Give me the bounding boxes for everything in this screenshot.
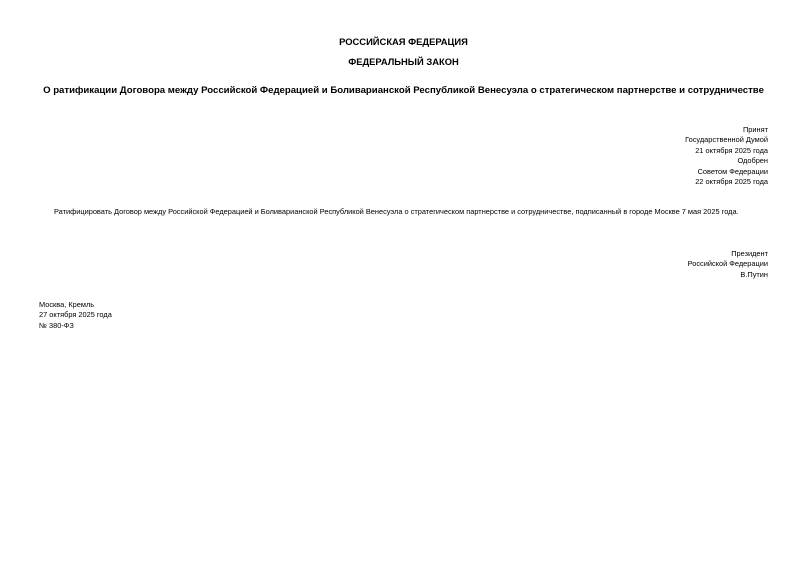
- adoption-line-council: Советом Федерации: [685, 167, 768, 177]
- adoption-line-approved: Одобрен: [685, 156, 768, 166]
- adoption-line-duma-date: 21 октября 2025 года: [685, 146, 768, 156]
- law-number: № 380-ФЗ: [39, 321, 112, 331]
- country-heading: РОССИЙСКАЯ ФЕДЕРАЦИЯ: [0, 36, 807, 47]
- signing-details: Москва, Кремль 27 октября 2025 года № 38…: [39, 300, 112, 331]
- signature-country: Российской Федерации: [688, 259, 768, 269]
- document-type-heading: ФЕДЕРАЛЬНЫЙ ЗАКОН: [0, 56, 807, 67]
- document-title: О ратификации Договора между Российской …: [0, 85, 807, 96]
- signature-name: В.Путин: [688, 270, 768, 280]
- adoption-line-adopted: Принят: [685, 125, 768, 135]
- signing-place: Москва, Кремль: [39, 300, 112, 310]
- adoption-block: Принят Государственной Думой 21 октября …: [685, 125, 768, 187]
- signature-title: Президент: [688, 249, 768, 259]
- adoption-line-duma: Государственной Думой: [685, 135, 768, 145]
- signing-date: 27 октября 2025 года: [39, 310, 112, 320]
- law-body-paragraph: Ратифицировать Договор между Российской …: [54, 207, 739, 217]
- signature-block: Президент Российской Федерации В.Путин: [688, 249, 768, 280]
- adoption-line-council-date: 22 октября 2025 года: [685, 177, 768, 187]
- law-document: РОССИЙСКАЯ ФЕДЕРАЦИЯ ФЕДЕРАЛЬНЫЙ ЗАКОН О…: [0, 0, 807, 571]
